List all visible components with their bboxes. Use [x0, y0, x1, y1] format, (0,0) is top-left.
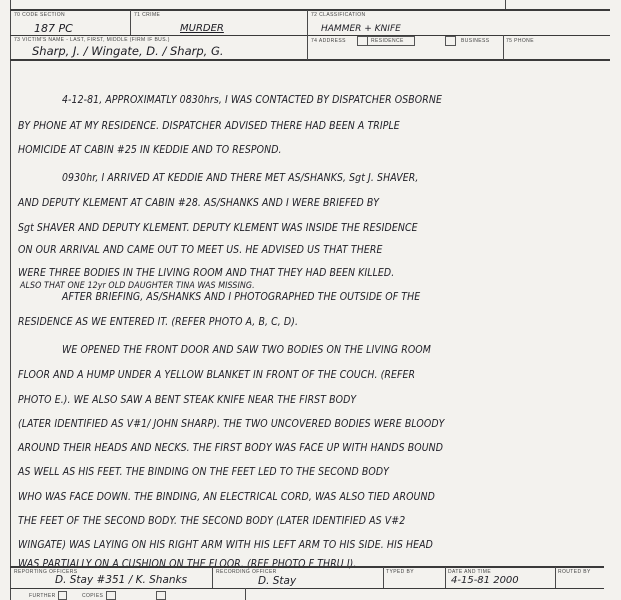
narrative-line: THE FEET OF THE SECOND BODY. THE SECOND … — [18, 516, 405, 527]
business-checkbox[interactable] — [445, 36, 456, 46]
reporting-officers-field[interactable]: REPORTING OFFICERS D. Stay #351 / K. Sha… — [10, 567, 212, 588]
report-form: 70 CODE SECTION 187 PC 71 CRIME MURDER 7… — [0, 0, 621, 600]
footer-bottom-rule — [10, 588, 604, 589]
date-time-value: 4-15-81 2000 — [451, 575, 519, 586]
code-section-value: 187 PC — [34, 22, 73, 35]
phone-label: 75 PHONE — [506, 38, 534, 44]
narrative-line: RESIDENCE AS WE ENTERED IT. (REFER PHOTO… — [18, 317, 298, 328]
narrative-line: AS WELL AS HIS FEET. THE BINDING ON THE … — [18, 467, 389, 478]
narrative-line: AND DEPUTY KLEMENT AT CABIN #28. AS/SHAN… — [18, 198, 379, 209]
address-label: 74 ADDRESS — [311, 38, 346, 44]
recording-officer-field[interactable]: RECORDING OFFICER D. Stay — [212, 567, 383, 588]
crime-value: MURDER — [180, 23, 224, 34]
classification-value: HAMMER + KNIFE — [321, 24, 401, 34]
classification-label: 72 CLASSIFICATION — [311, 12, 366, 18]
narrative-line: (LATER IDENTIFIED AS V#1/ JOHN SHARP). T… — [18, 419, 444, 430]
recording-officer-value: D. Stay — [258, 575, 296, 587]
extra-checkbox[interactable] — [156, 591, 166, 600]
narrative-body: 4-12-81, APPROXIMATLY 0830hrs, I WAS CON… — [10, 61, 610, 566]
narrative-line: Sgt SHAVER AND DEPUTY KLEMENT. DEPUTY KL… — [18, 223, 418, 234]
reporting-officers-value: D. Stay #351 / K. Shanks — [55, 574, 187, 586]
victim-name-label: 73 VICTIM'S NAME - LAST, FIRST, MIDDLE (… — [14, 37, 170, 43]
narrative-line: FLOOR AND A HUMP UNDER A YELLOW BLANKET … — [18, 370, 415, 381]
classification-field[interactable]: 72 CLASSIFICATION HAMMER + KNIFE — [307, 10, 610, 35]
date-time-field[interactable]: DATE AND TIME 4-15-81 2000 — [445, 567, 555, 588]
victim-name-value: Sharp, J. / Wingate, D. / Sharp, G. — [32, 44, 224, 58]
crime-field[interactable]: 71 CRIME MURDER — [130, 10, 307, 35]
narrative-line: 0930hr, I ARRIVED AT KEDDIE AND THERE ME… — [62, 173, 418, 184]
routed-by-field[interactable]: ROUTED BY — [555, 567, 603, 588]
narrative-line: AFTER BRIEFING, AS/SHANKS AND I PHOTOGRA… — [62, 292, 420, 303]
narrative-line: WE OPENED THE FRONT DOOR AND SAW TWO BOD… — [62, 345, 431, 356]
further-label: FURTHER — [29, 593, 56, 599]
copies-checkbox[interactable] — [106, 591, 116, 600]
further-checkbox[interactable] — [58, 591, 67, 600]
typed-by-label: TYPED BY — [386, 569, 414, 575]
routed-by-label: ROUTED BY — [558, 569, 591, 575]
narrative-line: AROUND THEIR HEADS AND NECKS. THE FIRST … — [18, 443, 443, 454]
narrative-line: WHO WAS FACE DOWN. THE BINDING, AN ELECT… — [18, 492, 435, 503]
victim-name-field[interactable]: 73 VICTIM'S NAME - LAST, FIRST, MIDDLE (… — [10, 36, 307, 59]
narrative-line: ALSO THAT ONE 12yr OLD DAUGHTER TINA WAS… — [20, 281, 255, 291]
typed-by-field[interactable]: TYPED BY — [383, 567, 445, 588]
narrative-line: ON OUR ARRIVAL AND CAME OUT TO MEET US. … — [18, 245, 383, 256]
residence-label: RESIDENCE — [371, 38, 404, 44]
narrative-line: PHOTO E.). WE ALSO SAW A BENT STEAK KNIF… — [18, 395, 356, 406]
divider — [245, 588, 246, 600]
business-label: BUSINESS — [461, 38, 490, 44]
code-section-label: 70 CODE SECTION — [14, 12, 65, 18]
phone-field[interactable]: 75 PHONE — [503, 36, 610, 59]
narrative-line: HOMICIDE AT CABIN #25 IN KEDDIE AND TO R… — [18, 145, 282, 156]
copies-label: COPIES — [82, 593, 103, 599]
narrative-line: WERE THREE BODIES IN THE LIVING ROOM AND… — [18, 268, 394, 279]
narrative-line: WINGATE) WAS LAYING ON HIS RIGHT ARM WIT… — [18, 540, 433, 551]
narrative-line: 4-12-81, APPROXIMATLY 0830hrs, I WAS CON… — [62, 95, 442, 106]
crime-label: 71 CRIME — [134, 12, 160, 18]
code-section-field[interactable]: 70 CODE SECTION 187 PC — [10, 10, 130, 35]
narrative-line: BY PHONE AT MY RESIDENCE. DISPATCHER ADV… — [18, 121, 400, 132]
